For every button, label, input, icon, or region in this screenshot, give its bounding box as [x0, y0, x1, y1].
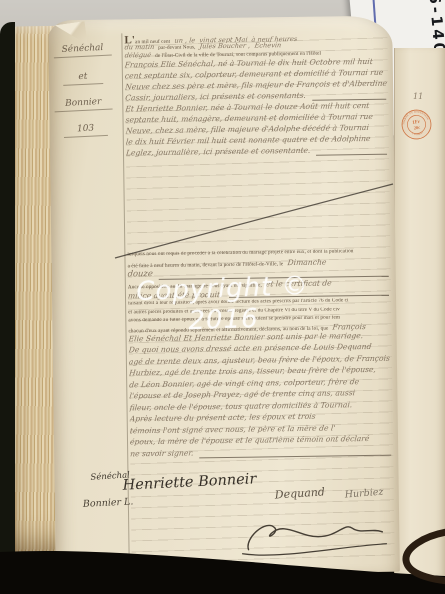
flourish-signature	[240, 506, 393, 560]
section-hand1: François Elie Sénéchal, né à Tournai le …	[125, 57, 389, 160]
blank-rule	[316, 152, 387, 155]
margin-note-groom-name: Sénéchal	[53, 43, 112, 59]
printed-text: L'an mil neuf cent	[124, 35, 170, 44]
signature-bonnier-l: Bonnier L.	[83, 496, 134, 509]
handwritten-text: témoins l'ont signé avec nous, le père e…	[130, 424, 336, 434]
blank-rule	[312, 97, 386, 100]
adjacent-page: 11 TIMBRE DE DIMENSION FORMAT 1Fr 20c	[394, 48, 445, 576]
section-print4: faisant droit à leur réquisition, après …	[128, 298, 391, 335]
handwritten-text: Leglez, journalière, ici présente et con…	[126, 147, 311, 157]
section-open: L'an mil neuf centun , levingt sept Maià…	[124, 32, 387, 61]
stamp-value-bottom: 20c	[413, 125, 420, 131]
handwritten-text: ne savoir signer.	[130, 449, 194, 457]
handwritten-text: milice ayant été produit.	[128, 291, 223, 300]
handwritten-text: Échevin	[254, 42, 281, 49]
printed-text: par-devant Nous,	[158, 45, 195, 51]
registry-page: Sénéchal et Bonnier 103 L'an mil neuf ce…	[48, 16, 400, 577]
photo-of-register: 6-1405 11 TIMBRE DE DIMENSION FORMAT 1Fr…	[0, 0, 445, 594]
handwritten-text: douze	[128, 269, 154, 278]
section-gap	[126, 156, 390, 252]
handwritten-text: Après lecture du présent acte, les époux…	[130, 413, 316, 423]
adjacent-page-note: 11	[413, 92, 423, 101]
handwritten-text: du matin	[124, 44, 154, 51]
handwritten-text: délégué	[125, 52, 152, 59]
text-line: ne savoir signer.	[130, 446, 393, 461]
blank-rule	[200, 454, 392, 459]
handwritten-text: Jules Boucher ,	[199, 42, 250, 49]
section-hand3: Elie Sénéchal Et Henriette Bonnier sont …	[129, 331, 394, 461]
handwritten-text: Cassir, journaliers, ici présents et con…	[125, 92, 306, 102]
margin-note-bride-name: Bonnier	[54, 97, 113, 113]
handwritten-text: un , le	[174, 37, 196, 44]
margin-note-connector: et	[63, 71, 104, 86]
handwritten-text: François	[332, 323, 366, 331]
handwritten-text: et le certificat de	[265, 280, 332, 289]
book-cover-edge	[0, 22, 15, 572]
revenue-stamp: TIMBRE DE DIMENSION FORMAT 1Fr 20c	[398, 106, 435, 143]
margin-note-act-number: 103	[63, 123, 108, 138]
handwritten-text: Dimanche	[287, 258, 327, 266]
